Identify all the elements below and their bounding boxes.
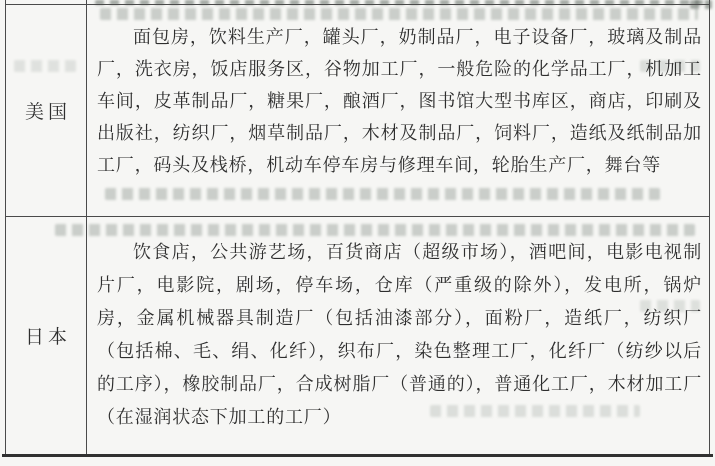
scanned-document-page: 美国 面包房，饮料生产厂，罐头厂，奶制品厂，电子设备厂，玻璃及制品厂，洗衣房，饭… bbox=[0, 0, 715, 466]
table-row-divider-top bbox=[5, 4, 710, 5]
row-usa-country-cell: 美国 bbox=[6, 5, 86, 216]
japan-items-text: 饮食店，公共游艺场，百货商店（超级市场），酒吧间，电影电视制片厂，电影院，剧场，… bbox=[97, 236, 702, 434]
table-border-bottom bbox=[2, 454, 713, 457]
row-usa-content-cell: 面包房，饮料生产厂，罐头厂，奶制品厂，电子设备厂，玻璃及制品厂，洗衣房，饭店服务… bbox=[97, 22, 702, 212]
usa-items-text: 面包房，饮料生产厂，罐头厂，奶制品厂，电子设备厂，玻璃及制品厂，洗衣房，饭店服务… bbox=[97, 22, 702, 182]
country-label-usa: 美国 bbox=[21, 97, 71, 124]
row-japan-country-cell: 日本 bbox=[6, 217, 86, 454]
bleedthrough-artifact bbox=[55, 224, 695, 236]
bleedthrough-artifact bbox=[100, 8, 698, 20]
row-japan-content-cell: 饮食店，公共游艺场，百货商店（超级市场），酒吧间，电影电视制片厂，电影院，剧场，… bbox=[97, 236, 702, 450]
table-column-divider bbox=[86, 0, 87, 456]
table-row-divider-middle bbox=[5, 216, 710, 217]
table-border-right bbox=[709, 0, 710, 456]
country-label-japan: 日本 bbox=[21, 322, 71, 349]
